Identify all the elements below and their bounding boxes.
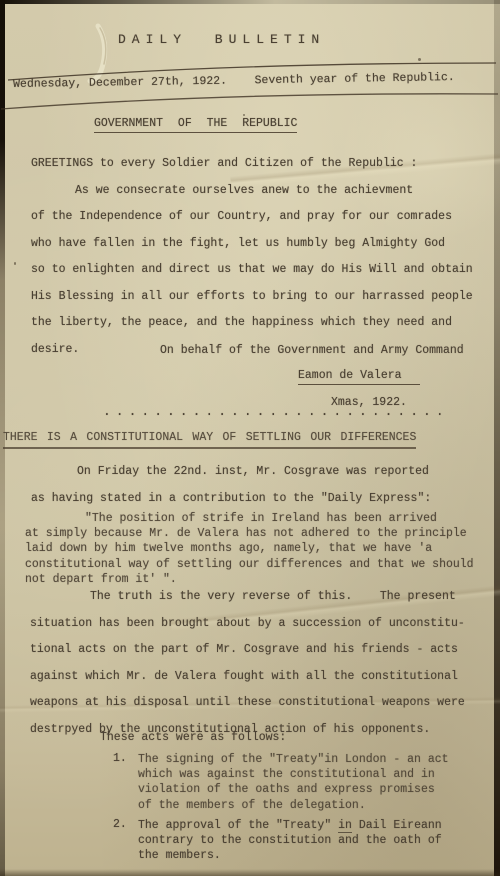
- body-line: weapons at his disposal until these cons…: [30, 690, 475, 717]
- list-item-2: The approval of the "Treaty" in Dail Eir…: [138, 818, 442, 864]
- list-intro: These acts were as follows:: [100, 731, 286, 744]
- body-line: tional acts on the part of Mr. Cosgrave …: [30, 637, 475, 664]
- list-item-1: The signing of the "Treaty"in London - a…: [138, 752, 449, 813]
- list-item-line: contrary to the constitution and the oat…: [138, 833, 442, 848]
- list-item-line: violation of the oaths and express promi…: [138, 782, 449, 797]
- body-line: of the Independence of our Country, and …: [31, 204, 471, 231]
- scan-edge-top: [0, 0, 500, 4]
- article2-para1: On Friday the 22nd. inst, Mr. Cosgrave w…: [31, 459, 476, 512]
- dotted-separator: ...........................: [103, 404, 449, 419]
- body-line: as having stated in a contribution to th…: [31, 486, 476, 513]
- scan-edge-right: [494, 0, 500, 876]
- quote-line: constitutional way of settling our diffe…: [25, 557, 480, 572]
- dateline: Wednesday, December 27th, 1922. Seventh …: [13, 71, 455, 91]
- list-item-line: the members.: [138, 848, 442, 863]
- list-item-1-number: 1.: [113, 752, 127, 765]
- body-line: The truth is the very reverse of this. T…: [30, 584, 475, 611]
- scan-edge-bottom: [0, 869, 500, 876]
- body-line: As we consecrate ourselves anew to the a…: [31, 178, 471, 205]
- article2-quote: "The position of strife in Ireland has b…: [25, 511, 480, 587]
- signoff-line: On behalf of the Government and Army Com…: [160, 344, 464, 357]
- body-line: so to enlighten and direct us that we ma…: [31, 257, 471, 284]
- article1-body: GREETINGS to every Soldier and Citizen o…: [31, 151, 471, 363]
- signature-name: Eamon de Valera: [298, 369, 420, 385]
- quote-line: at simply because Mr. de Valera has not …: [25, 526, 480, 541]
- body-line: On Friday the 22nd. inst, Mr. Cosgrave w…: [31, 459, 476, 486]
- list-item-line: The approval of the "Treaty" in Dail Eir…: [138, 818, 442, 833]
- masthead-title: DAILY BULLETIN: [118, 32, 325, 47]
- body-line: His Blessing in all our efforts to bring…: [31, 284, 471, 311]
- body-line: GREETINGS to every Soldier and Citizen o…: [31, 151, 471, 178]
- underlined-word: in: [338, 819, 352, 833]
- quote-line: "The position of strife in Ireland has b…: [25, 511, 480, 526]
- list-item-2-number: 2.: [113, 818, 127, 831]
- ink-speck: [14, 262, 16, 265]
- list-item-line: which was against the constitutional and…: [138, 767, 449, 782]
- body-line: who have fallen in the fight, let us hum…: [31, 231, 471, 258]
- ink-speck: [418, 58, 421, 61]
- article2-para2: The truth is the very reverse of this. T…: [30, 584, 475, 743]
- article1-heading: GOVERNMENT OF THE REPUBLIC: [94, 117, 297, 133]
- list-item-line: The signing of the "Treaty"in London - a…: [138, 752, 449, 767]
- list-item-line: of the members of the delegation.: [138, 798, 449, 813]
- body-line: against which Mr. de Valera fought with …: [30, 664, 475, 691]
- body-line: the liberty, the peace, and the happines…: [31, 310, 471, 337]
- ink-speck: [243, 114, 245, 116]
- body-line: situation has been brought about by a su…: [30, 611, 475, 638]
- list-item-line-text: Dail Eireann: [352, 819, 442, 832]
- scanned-bulletin-page: DAILY BULLETIN Wednesday, December 27th,…: [0, 0, 500, 876]
- article2-heading: THERE IS A CONSTITUTIONAL WAY OF SETTLIN…: [3, 431, 416, 449]
- list-item-line-text: The approval of the "Treaty": [138, 819, 338, 832]
- quote-line: laid down by him twelve months ago, name…: [25, 541, 480, 556]
